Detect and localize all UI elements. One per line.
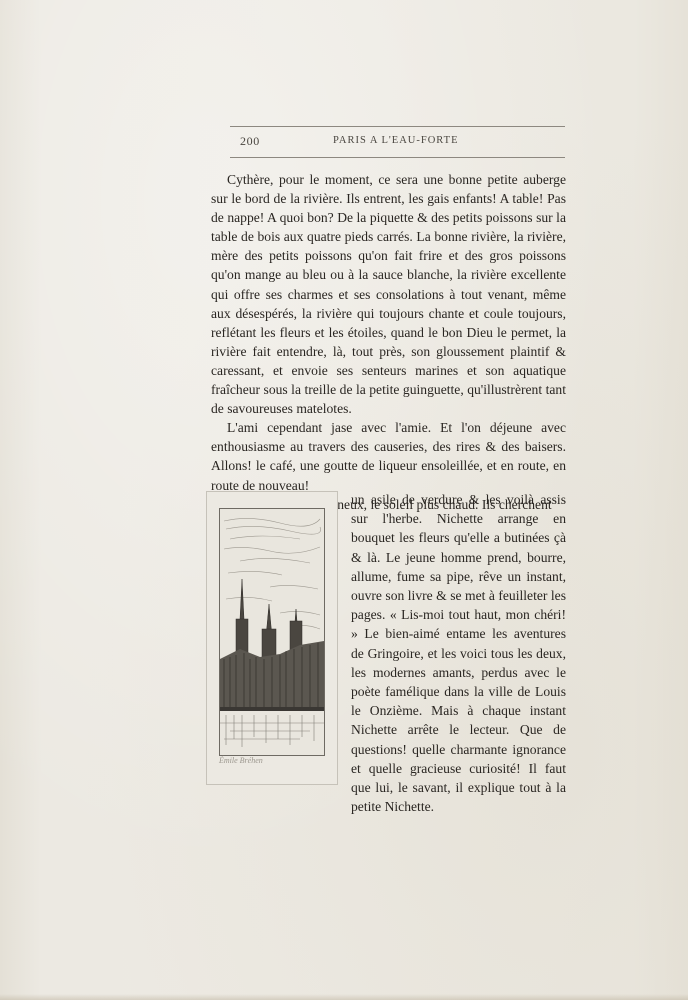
artist-signature: Émile Bréhen <box>219 756 263 765</box>
body-text: Cythère, pour le moment, ce sera une bon… <box>211 170 566 514</box>
paragraph-continued: un asile de verdure & les voilà assis su… <box>351 490 566 816</box>
etching-cathedral-illustration <box>219 508 325 756</box>
page-edge <box>0 994 688 1000</box>
running-head: 200 PARIS A L'EAU-FORTE <box>230 133 565 151</box>
header-rule-top <box>230 126 565 127</box>
cathedral-etching-icon <box>220 509 324 755</box>
header-rule-bottom <box>230 157 565 158</box>
running-title: PARIS A L'EAU-FORTE <box>333 135 458 146</box>
paragraph: L'ami cependant jase avec l'amie. Et l'o… <box>211 418 566 494</box>
book-page: 200 PARIS A L'EAU-FORTE Cythère, pour le… <box>0 0 688 1000</box>
page-number: 200 <box>240 134 260 149</box>
illustration-frame: Émile Bréhen <box>206 491 338 785</box>
paragraph: Cythère, pour le moment, ce sera une bon… <box>211 170 566 418</box>
wrapped-text: un asile de verdure & les voilà assis su… <box>351 490 566 816</box>
